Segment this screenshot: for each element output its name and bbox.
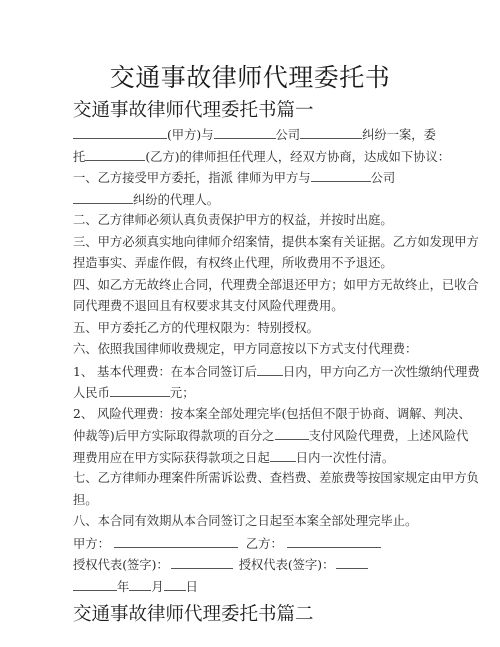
- text: 纠纷的代理人。: [133, 193, 219, 207]
- blank-field: [300, 126, 362, 139]
- text: 公司: [276, 128, 301, 142]
- text: 1、 基本代理费：在本合同签订后: [73, 365, 257, 379]
- text: 一、乙方接受甲方委托，指派 律师为甲方与: [73, 171, 311, 185]
- rep-b-label: 授权代表(签字)：: [239, 558, 335, 572]
- text: 纠纷一案，委: [362, 128, 436, 142]
- paragraph-line: 一、乙方接受甲方委托，指派 律师为甲方与公司: [73, 169, 433, 186]
- blank-field: [311, 169, 371, 182]
- paragraph-line: 四、如乙方无故终止合同，代理费全部退还甲方；如甲方无故终止，已收合: [73, 277, 433, 293]
- signature-line-parties: 甲方：乙方：: [73, 535, 433, 552]
- year-label: 年: [117, 580, 129, 594]
- paragraph-line: 理费用应在甲方实际获得款项之日起日内一次性付清。: [73, 449, 433, 466]
- blank-field: [214, 126, 276, 139]
- text: (乙方)的律师担任代理人，经双方协商，达成如下协议：: [145, 150, 450, 164]
- paragraph-line: 捏造事实、弄虚作假，有权终止代理，所收费用不予退还。: [73, 255, 433, 271]
- text: 支付风险代理费，上述风险代: [309, 429, 469, 443]
- paragraph-line: 托(乙方)的律师担任代理人，经双方协商，达成如下协议：: [73, 148, 433, 165]
- blank-field: [270, 449, 296, 462]
- paragraph-line: 七、乙方律师办理案件所需诉讼费、查档费、差旅费等按国家规定由甲方负: [73, 470, 433, 486]
- blank-field: [73, 126, 167, 139]
- rep-a-signature-blank: [171, 556, 233, 569]
- section-heading-2: 交通事故律师代理委托书篇二: [73, 600, 314, 626]
- text: 理费用应在甲方实际获得款项之日起: [73, 451, 270, 465]
- signature-line-representatives: 授权代表(签字)：授权代表(签字)：: [73, 556, 433, 573]
- day-label: 日: [186, 580, 198, 594]
- text: 元；: [170, 386, 195, 400]
- paragraph-line: 2、 风险代理费：按本案全部处理完毕(包括但不限于协商、调解、判决、: [73, 406, 433, 422]
- rep-a-label: 授权代表(签字)：: [73, 558, 169, 572]
- blank-field: [73, 191, 133, 204]
- paragraph-line: 纠纷的代理人。: [73, 191, 433, 208]
- paragraph-line: 担。: [73, 492, 433, 508]
- party-b-signature-blank: [287, 535, 381, 548]
- paragraph-line: 八、本合同有效期从本合同签订之日起至本案全部处理完毕止。: [73, 513, 433, 529]
- blank-field: [257, 363, 283, 376]
- paragraph-line: (甲方)与公司纠纷一案，委: [73, 126, 433, 143]
- paragraph-line: 人民币元；: [73, 384, 433, 401]
- day-blank: [164, 578, 186, 591]
- year-blank: [73, 578, 117, 591]
- blank-field: [110, 384, 170, 397]
- paragraph-line: 1、 基本代理费：在本合同签订后日内，甲方向乙方一次性缴纳代理费: [73, 363, 433, 380]
- text: 公司: [371, 171, 396, 185]
- party-a-signature-blank: [114, 535, 238, 548]
- document-title: 交通事故律师代理委托书: [0, 58, 500, 94]
- date-line: 年月日: [73, 578, 433, 595]
- party-b-label: 乙方：: [246, 537, 283, 551]
- text: 日内一次性付清。: [296, 451, 394, 465]
- text: 托: [73, 150, 85, 164]
- text: (甲方)与: [167, 128, 214, 142]
- paragraph-line: 五、甲方委托乙方的代理权限为：特别授权。: [73, 320, 433, 336]
- paragraph-line: 三、甲方必须真实地向律师介绍案情，提供本案有关证据。乙方如发现甲方: [73, 234, 433, 250]
- paragraph-line: 仲裁等)后甲方实际取得款项的百分之支付风险代理费，上述风险代: [73, 427, 433, 444]
- section-heading-1: 交通事故律师代理委托书篇一: [73, 96, 314, 122]
- blank-field: [275, 427, 309, 440]
- month-label: 月: [151, 580, 163, 594]
- text: 日内，甲方向乙方一次性缴纳代理费: [283, 365, 480, 379]
- rep-b-signature-blank: [336, 556, 368, 569]
- blank-field: [85, 148, 145, 161]
- text: 仲裁等)后甲方实际取得款项的百分之: [73, 429, 275, 443]
- paragraph-line: 二、乙方律师必须认真负责保护甲方的权益，并按时出庭。: [73, 212, 433, 228]
- text: 人民币: [73, 386, 110, 400]
- paragraph-line: 六、依照我国律师收费规定，甲方同意按以下方式支付代理费：: [73, 341, 433, 357]
- paragraph-line: 同代理费不退回且有权要求其支付风险代理费用。: [73, 298, 433, 314]
- month-blank: [129, 578, 151, 591]
- party-a-label: 甲方：: [73, 537, 110, 551]
